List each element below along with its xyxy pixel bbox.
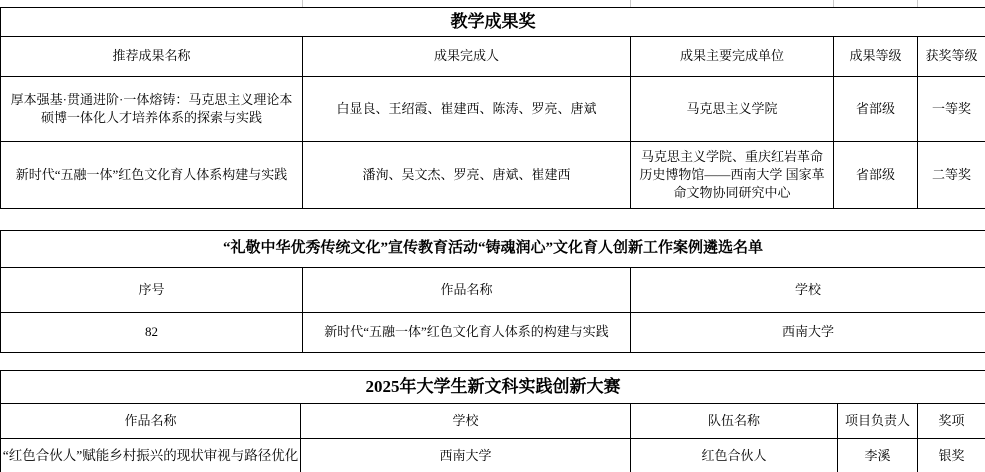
- table1-header-cell: 成果完成人: [303, 36, 631, 76]
- table3-cell-team-name: 红色合伙人: [631, 438, 838, 472]
- table1-cell-award-grade: 二等奖: [918, 141, 985, 208]
- table1-cell-completers: 潘洵、吴文杰、罗亮、唐斌、崔建西: [303, 141, 631, 208]
- table2-header-row: 序号 作品名称 学校: [1, 267, 985, 312]
- table-culture-case-selection: “礼敬中华优秀传统文化”宣传教育活动“铸魂润心”文化育人创新工作案例遴选名单 序…: [0, 230, 985, 353]
- table3-cell-award: 银奖: [918, 438, 985, 472]
- table2-title: “礼敬中华优秀传统文化”宣传教育活动“铸魂润心”文化育人创新工作案例遴选名单: [1, 230, 985, 267]
- table3-header-cell: 奖项: [918, 403, 985, 438]
- table-new-liberal-arts-contest: 2025年大学生新文科实践创新大赛 作品名称 学校 队伍名称 项目负责人 奖项 …: [0, 370, 985, 472]
- table3-cell-leader: 李溪: [838, 438, 918, 472]
- table3-header-cell: 项目负责人: [838, 403, 918, 438]
- table1-header-cell: 成果等级: [834, 36, 918, 76]
- table-row: “红色合伙人”赋能乡村振兴的现状审视与路径优化 西南大学 红色合伙人 李溪 银奖: [1, 438, 985, 472]
- table2-header-cell: 作品名称: [303, 267, 631, 312]
- table-row: 新时代“五融一体”红色文化育人体系构建与实践 潘洵、吴文杰、罗亮、唐斌、崔建西 …: [1, 141, 985, 208]
- table1-cell-unit: 马克思主义学院: [631, 76, 834, 141]
- table3-title: 2025年大学生新文科实践创新大赛: [1, 370, 985, 403]
- table2-header-cell: 序号: [1, 267, 303, 312]
- table3-header-cell: 队伍名称: [631, 403, 838, 438]
- table2-header-cell: 学校: [631, 267, 985, 312]
- top-grid-strip: [0, 0, 985, 7]
- table2-cell-school: 西南大学: [631, 312, 985, 352]
- table3-header-cell: 作品名称: [1, 403, 301, 438]
- table1-header-row: 推荐成果名称 成果完成人 成果主要完成单位 成果等级 获奖等级: [1, 36, 985, 76]
- grid-line: [833, 0, 834, 7]
- table-teaching-achievement-awards: 教学成果奖 推荐成果名称 成果完成人 成果主要完成单位 成果等级 获奖等级 厚本…: [0, 7, 985, 209]
- table3-cell-school: 西南大学: [301, 438, 631, 472]
- table-row: 82 新时代“五融一体”红色文化育人体系的构建与实践 西南大学: [1, 312, 985, 352]
- table2-cell-work-name: 新时代“五融一体”红色文化育人体系的构建与实践: [303, 312, 631, 352]
- grid-line: [917, 0, 918, 7]
- table1-cell-result-name: 新时代“五融一体”红色文化育人体系构建与实践: [1, 141, 303, 208]
- table3-header-row: 作品名称 学校 队伍名称 项目负责人 奖项: [1, 403, 985, 438]
- table1-header-cell: 获奖等级: [918, 36, 985, 76]
- table1-cell-level: 省部级: [834, 141, 918, 208]
- table3-cell-work-name: “红色合伙人”赋能乡村振兴的现状审视与路径优化: [1, 438, 301, 472]
- table2-cell-index: 82: [1, 312, 303, 352]
- table1-cell-unit: 马克思主义学院、重庆红岩革命历史博物馆——西南大学 国家革命文物协同研究中心: [631, 141, 834, 208]
- table1-header-cell: 成果主要完成单位: [631, 36, 834, 76]
- table-row: 厚本强基·贯通进阶·一体熔铸：马克思主义理论本硕博一体化人才培养体系的探索与实践…: [1, 76, 985, 141]
- grid-line: [302, 0, 303, 7]
- table3-header-cell: 学校: [301, 403, 631, 438]
- table1-cell-result-name: 厚本强基·贯通进阶·一体熔铸：马克思主义理论本硕博一体化人才培养体系的探索与实践: [1, 76, 303, 141]
- table1-title: 教学成果奖: [1, 8, 985, 37]
- table-gap: [0, 209, 985, 230]
- table1-cell-award-grade: 一等奖: [918, 76, 985, 141]
- table1-cell-completers: 白显良、王绍霞、崔建西、陈涛、罗亮、唐斌: [303, 76, 631, 141]
- table1-cell-level: 省部级: [834, 76, 918, 141]
- grid-line: [630, 0, 631, 7]
- table-gap: [0, 353, 985, 370]
- table1-header-cell: 推荐成果名称: [1, 36, 303, 76]
- awards-document-sheet: 教学成果奖 推荐成果名称 成果完成人 成果主要完成单位 成果等级 获奖等级 厚本…: [0, 0, 985, 472]
